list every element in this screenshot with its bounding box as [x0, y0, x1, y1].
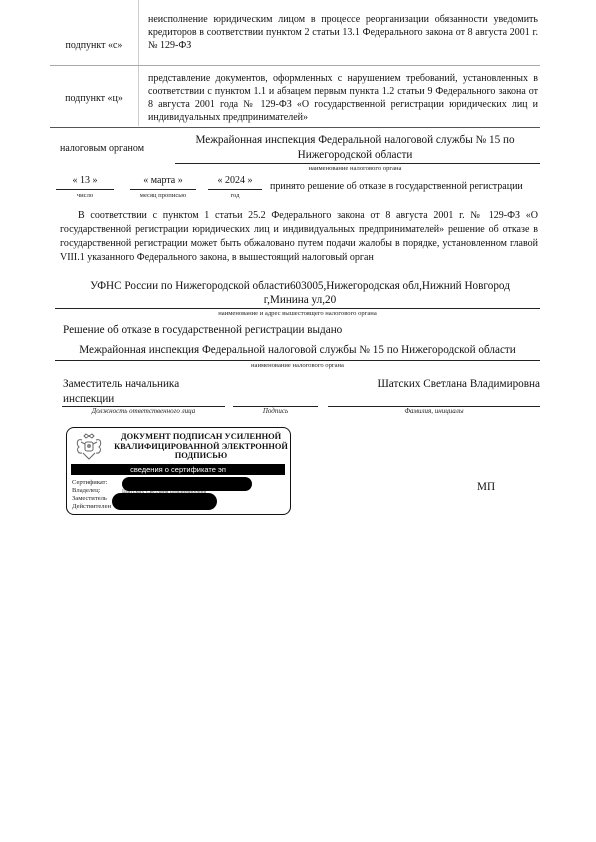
decision-text: принято решение об отказе в государствен…	[270, 180, 523, 193]
date-day-underline	[56, 189, 114, 190]
issued-text: Решение об отказе в государственной реги…	[63, 323, 342, 338]
authority-prefix: налоговым органом	[60, 142, 144, 155]
name-caption: Фамилия, инициалы	[328, 407, 540, 416]
table-row-2-text: представление документов, оформленных с …	[148, 72, 538, 124]
owner-label: Владелец:	[72, 487, 100, 495]
table-row-1-text: неисполнение юридическим лицом в процесс…	[148, 13, 538, 52]
higher-authority-underline	[55, 308, 540, 309]
table-row-1-label: подпункт «с»	[50, 39, 138, 52]
issued-authority: Межрайонная инспекция Федеральной налого…	[55, 343, 540, 358]
position-caption: Должность ответственного лица	[62, 407, 225, 416]
authority-name: Межрайонная инспекция Федеральной налого…	[175, 133, 535, 163]
signature-caption: Подпись	[233, 407, 318, 416]
date-month-underline	[130, 189, 196, 190]
signatory-position: Заместитель начальника инспекции	[63, 377, 213, 407]
table-row-2-label: подпункт «ц»	[50, 92, 138, 105]
issued-authority-caption: наименование налогового органа	[55, 362, 540, 370]
table-row-divider	[50, 65, 540, 66]
date-year: « 2024 »	[208, 174, 262, 187]
authority-caption: наименование налогового органа	[175, 165, 535, 173]
higher-authority-caption: наименование и адрес вышестоящего налого…	[55, 310, 540, 318]
signatory-name: Шатских Светлана Владимировна	[330, 377, 540, 392]
date-day: « 13 »	[56, 174, 114, 187]
table-bottom-border	[50, 127, 540, 128]
valid-label: Действителен	[72, 503, 111, 511]
date-month: « марта »	[130, 174, 196, 187]
date-year-underline	[208, 189, 262, 190]
certificate-info-bar: сведения о сертификате эп	[71, 464, 285, 475]
appeal-paragraph: В соответствии с пунктом 1 статьи 25.2 Ф…	[60, 209, 538, 265]
date-year-caption: год	[208, 192, 262, 200]
seal-mark: МП	[477, 480, 495, 495]
issued-authority-underline	[55, 360, 540, 361]
higher-authority-name: УФНС России по Нижегородской области6030…	[70, 279, 530, 307]
certificate-label: Сертификат:	[72, 479, 107, 487]
table-column-divider	[138, 0, 139, 126]
e-signature-stamp: ДОКУМЕНТ ПОДПИСАН УСИЛЕННОЙ КВАЛИФИЦИРОВ…	[66, 427, 291, 515]
date-month-caption: месяц прописью	[130, 192, 196, 200]
date-day-caption: число	[56, 192, 114, 200]
validity-redaction	[112, 493, 217, 510]
deputy-label: Заместитель	[72, 495, 107, 503]
coat-of-arms-icon	[73, 432, 105, 462]
authority-underline	[175, 163, 540, 164]
certificate-redaction	[122, 477, 252, 491]
stamp-title: ДОКУМЕНТ ПОДПИСАН УСИЛЕННОЙ КВАЛИФИЦИРОВ…	[113, 432, 289, 461]
